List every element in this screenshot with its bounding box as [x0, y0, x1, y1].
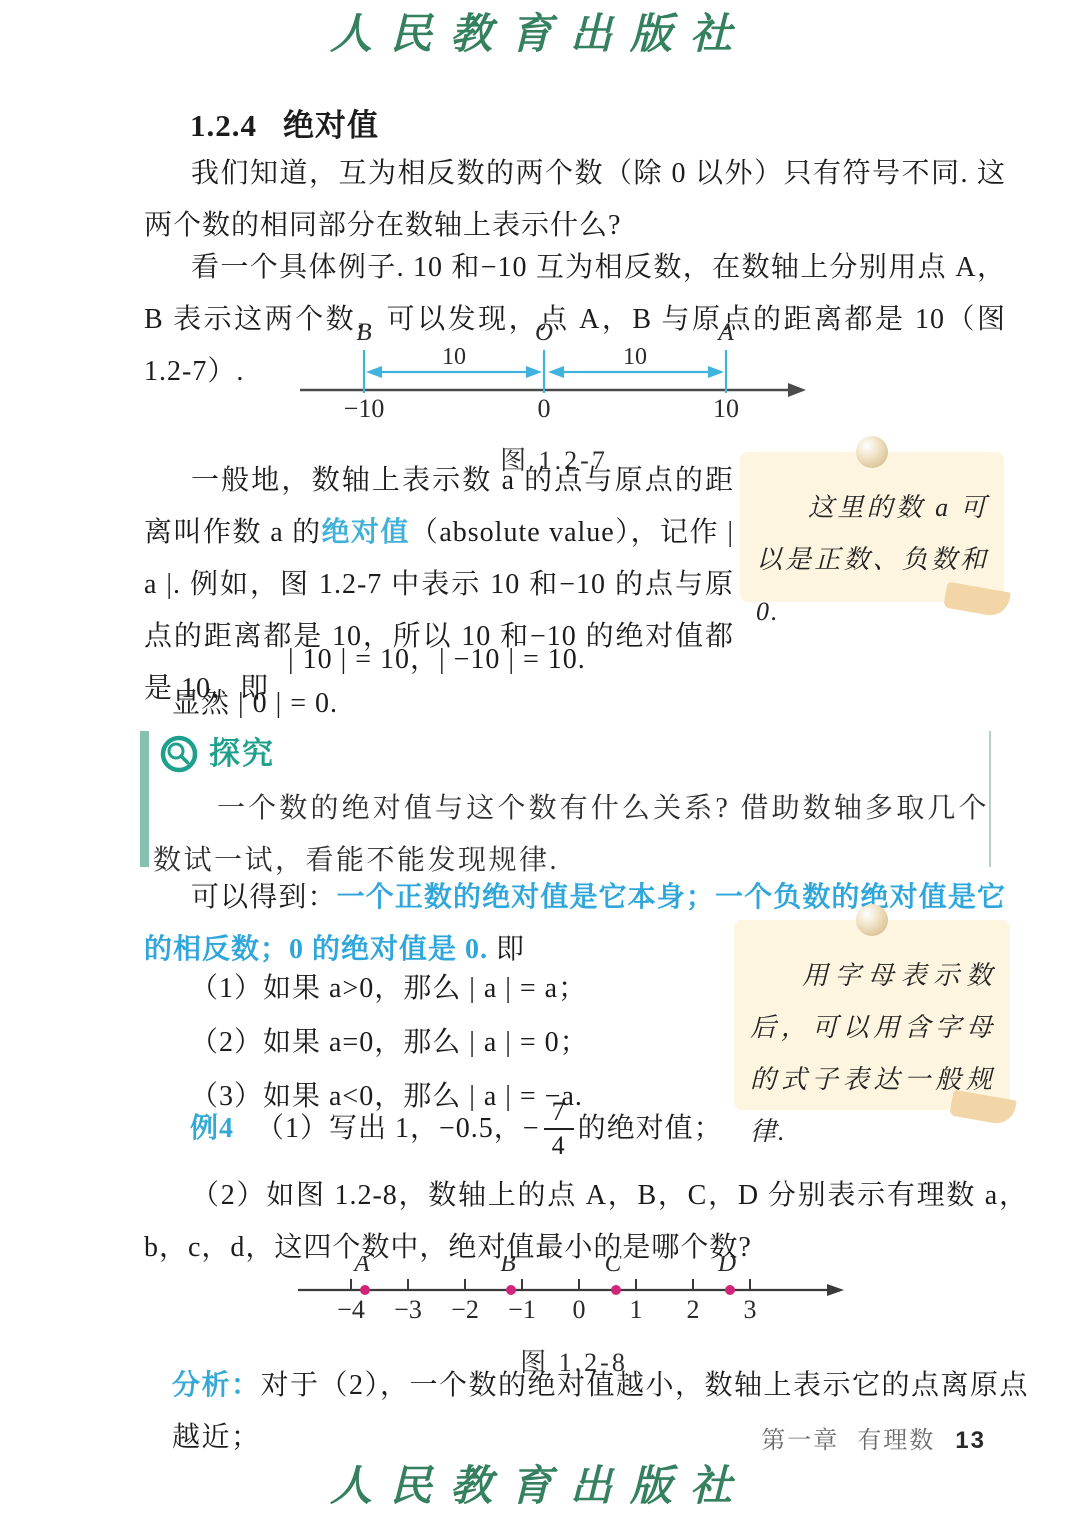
explore-section: 探究 一个数的绝对值与这个数有什么关系? 借助数轴多取几个数试一试，看能不能发现… [140, 731, 991, 867]
fraction-denominator: 4 [552, 1130, 566, 1161]
tick-label-0: 0 [538, 394, 551, 422]
case-2: （2）如果 a=0，那么 | a | = 0； [190, 1016, 589, 1070]
numberline-1-2-7: B O A 10 10 −10 0 10 [292, 322, 816, 422]
textbook-page: 人民教育出版社 1.2.4绝对值 我们知道，互为相反数的两个数（除 0 以外）只… [0, 0, 1080, 1526]
tick-label: 1 [630, 1295, 643, 1324]
explore-header: 探究 [159, 731, 989, 777]
tick-label: 0 [573, 1295, 586, 1324]
arrowhead-right-OA [708, 366, 724, 378]
section-title: 绝对值 [283, 108, 379, 143]
tick-label-10: 10 [713, 394, 739, 422]
axis-arrowhead [827, 1284, 844, 1296]
point-label-D: D [717, 1256, 736, 1277]
margin-note-2: 用字母表示数后，可以用含字母的式子表达一般规律. [734, 920, 1010, 1110]
tick-label-neg10: −10 [344, 394, 385, 422]
section-heading: 1.2.4绝对值 [190, 100, 379, 152]
arrowhead-left-OA [548, 366, 564, 378]
point-B-dot [506, 1285, 516, 1295]
analysis-label: 分析： [172, 1370, 261, 1401]
margin-note-1-text: 这里的数 a 可以是正数、负数和 0. [756, 482, 988, 638]
tick-label: −3 [394, 1295, 422, 1324]
numberline-1-2-8: A B C D −4 −3 −2 −1 0 1 2 3 [294, 1256, 854, 1324]
page-footer: 第一章有理数13 [761, 1424, 986, 1458]
axis-arrowhead [788, 383, 806, 397]
point-D-dot [725, 1285, 735, 1295]
footer-page-number: 13 [955, 1427, 986, 1454]
term-absolute-value: 绝对值 [322, 517, 410, 548]
point-label-A: A [352, 1256, 370, 1277]
publisher-logo-top: 人民教育出版社 [0, 6, 1080, 64]
example-4-label: 例4 [190, 1103, 234, 1155]
tick-label: 3 [744, 1295, 757, 1324]
tick-label: −1 [508, 1295, 536, 1324]
case-1: （1）如果 a>0，那么 | a | = a； [190, 962, 589, 1016]
arrowhead-right-BO [526, 366, 542, 378]
tick-label: 2 [687, 1295, 700, 1324]
example-4-text-after: 的绝对值； [578, 1103, 723, 1155]
distance-label-left: 10 [442, 344, 466, 370]
fraction-7-4: 7 4 [544, 1097, 574, 1161]
point-label-A: A [716, 322, 734, 346]
conclusion-suffix: 即 [488, 934, 525, 965]
section-number: 1.2.4 [190, 108, 257, 143]
publisher-logo-bottom: 人民教育出版社 [0, 1458, 1080, 1516]
explore-icon [159, 734, 199, 774]
pin-pearl-icon [856, 904, 888, 936]
paragraph-intro: 我们知道，互为相反数的两个数（除 0 以外）只有符号不同. 这两个数的相同部分在… [144, 148, 1006, 252]
point-label-B: B [356, 322, 371, 346]
point-label-B: B [500, 1256, 515, 1277]
distance-label-right: 10 [623, 344, 647, 370]
point-A-dot [360, 1285, 370, 1295]
example-4-text-before: （1）写出 1，−0.5，− [256, 1103, 540, 1155]
point-label-O: O [535, 322, 553, 346]
margin-note-1: 这里的数 a 可以是正数、负数和 0. [740, 452, 1004, 602]
fraction-numerator: 7 [544, 1097, 574, 1130]
point-C-dot [611, 1285, 621, 1295]
footer-section: 有理数 [857, 1428, 935, 1454]
tick-label: −4 [337, 1295, 365, 1324]
footer-chapter: 第一章 [761, 1428, 839, 1454]
explore-title: 探究 [209, 728, 275, 780]
pin-pearl-icon [856, 436, 888, 468]
point-label-C: C [605, 1256, 622, 1277]
conclusion-prefix: 可以得到： [191, 882, 337, 913]
example-4: 例4 （1）写出 1，−0.5，− 7 4 的绝对值； [190, 1090, 723, 1168]
margin-note-2-text: 用字母表示数后，可以用含字母的式子表达一般规律. [750, 950, 994, 1158]
arrowhead-left-BO [366, 366, 382, 378]
tick-label: −2 [451, 1295, 479, 1324]
formula-abs-0: 显然 | 0 | = 0. [172, 678, 338, 730]
